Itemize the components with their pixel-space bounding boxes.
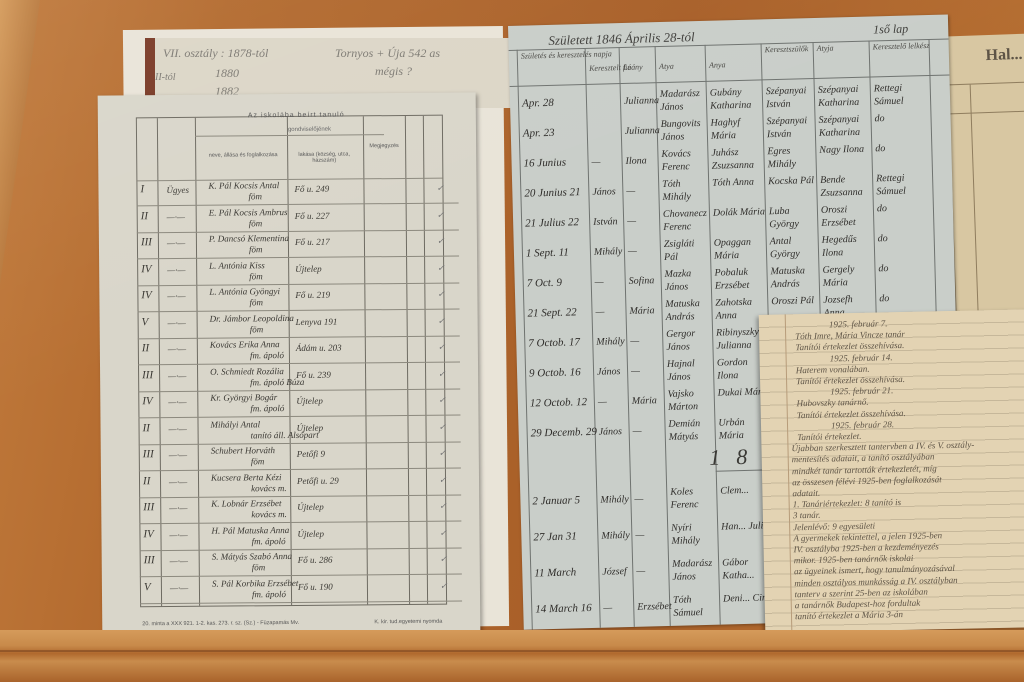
date: 12 Octob. 12 — [530, 396, 587, 410]
mother: Gubány Katharina — [710, 85, 763, 112]
header-mother: Anya — [709, 60, 726, 69]
boy-name: Mihály — [601, 529, 630, 543]
status: —·— — [169, 476, 207, 486]
check-mark: ✓ — [440, 580, 448, 591]
boy-name: — — [595, 306, 604, 319]
table-row: V—·—S. Pál Korbika Erzsébetfm. ápolóFő u… — [140, 574, 462, 603]
girl-name: — — [628, 245, 637, 258]
note-line: 1. Tanáriértekezlet: 8 tanító is — [793, 497, 902, 509]
priest: do — [879, 291, 935, 305]
girl-name: — — [636, 565, 645, 578]
pencil-note: II-tól — [155, 72, 176, 83]
note-line: 3 tanár. — [793, 510, 821, 521]
check-mark: ✓ — [439, 448, 447, 459]
father: Tóth Sámuel — [673, 593, 720, 620]
priest: do — [878, 231, 934, 245]
girl-name: Ilona — [625, 154, 646, 168]
date: 21 Sept. 22 — [527, 306, 577, 320]
boy-name: — — [598, 396, 607, 409]
father: Kovács Ferenc — [661, 147, 708, 174]
register-subtitle: gondviselőjének — [288, 127, 331, 133]
check-mark: ✓ — [439, 474, 447, 485]
header-godparents: Keresztszülők — [765, 44, 809, 54]
note-line: Tanítói értekezlet. — [797, 431, 861, 442]
date: Apr. 28 — [522, 97, 554, 111]
check-mark: ✓ — [438, 315, 446, 326]
header-remarks: Megjegyzés — [364, 143, 404, 149]
table-row: IV—·—L. Antónia GyöngyifömFő u. 219✓ — [137, 283, 459, 312]
mother: Tóth Anna — [712, 175, 764, 189]
date: 14 March 16 — [535, 602, 592, 616]
note-line: Tanítói értekezlet összehívása. — [797, 408, 906, 420]
address: Újtelep — [297, 422, 397, 433]
godparent: Szépanyai István — [766, 84, 815, 111]
header-girl: Leány — [623, 62, 643, 72]
address: Fő u. 219 — [295, 289, 395, 300]
boy-name: János — [598, 425, 622, 439]
status: —·— — [167, 291, 205, 301]
address: Fő u. 217 — [295, 236, 395, 247]
godparent: Szépanyai István — [766, 114, 815, 141]
address: Ádám u. 203 — [296, 342, 396, 353]
father: Madarász János — [672, 557, 719, 584]
date: 2 Januar 5 — [532, 494, 580, 508]
godparent: Kocska Pál — [768, 174, 816, 188]
check-mark: ✓ — [438, 342, 446, 353]
priest: do — [878, 261, 934, 275]
status: —·— — [169, 423, 207, 433]
girl-name: — — [631, 365, 640, 378]
date: 29 Decemb. 29 — [531, 426, 598, 441]
address: Petőfi u. 29 — [297, 475, 397, 486]
girl-name: Sofina — [629, 274, 655, 288]
date: 9 Octob. 16 — [529, 366, 581, 380]
father: Gergor János — [666, 327, 713, 354]
godparent-2: Nagy Ilona — [819, 143, 871, 157]
godparent-2: Bende Zsuzsanna — [820, 173, 873, 200]
class-number: III — [141, 236, 161, 248]
father: Demián Mátyás — [668, 417, 715, 444]
address: Fő u. 227 — [295, 210, 395, 221]
note-line: minden osztályos munkásság a IV. osztály… — [794, 574, 958, 587]
address: Fő u. 190 — [298, 581, 398, 592]
date: 21 Julius 22 — [525, 216, 579, 230]
priest: do — [874, 111, 930, 125]
class-number: III — [143, 448, 163, 460]
pencil-note: mégis ? — [375, 64, 412, 79]
godparent-2: Gergely Mária — [822, 262, 875, 289]
check-mark: ✓ — [439, 527, 447, 538]
pencil-note: 1880 — [215, 66, 239, 81]
status: —·— — [170, 582, 208, 592]
status: —·— — [168, 317, 206, 327]
date: 20 Junius 21 — [524, 186, 581, 200]
table-row: II—·—E. Pál Kocsis AmbrusfömFő u. 227✓ — [137, 203, 459, 232]
pencil-note: VII. osztály : 1878-tól — [163, 46, 268, 61]
register-title: Az iskolába beírt tanuló — [248, 112, 345, 120]
check-mark: ✓ — [437, 236, 445, 247]
table-row: IÜgyesK. Pál Kocsis AntalfömFő u. 249✓ — [136, 177, 458, 206]
priest: do — [875, 141, 931, 155]
note-line: 1925. február 21. — [830, 385, 893, 396]
boy-name: — — [595, 276, 604, 289]
status: Ügyes — [166, 185, 204, 195]
address: Fő u. 239 — [296, 369, 396, 380]
girl-name: — — [630, 335, 639, 348]
class-number: II — [141, 210, 161, 222]
date: 7 Oct. 9 — [527, 277, 562, 291]
class-number: IV — [142, 395, 162, 407]
father: Nyíri Mihály — [671, 521, 718, 548]
mother: Pobaluk Erzsébet — [714, 265, 767, 292]
priest: Rettegi Sámuel — [876, 171, 933, 198]
class-number: IV — [141, 289, 161, 301]
girl-name: — — [632, 425, 641, 438]
check-mark: ✓ — [438, 368, 446, 379]
boy-name: István — [593, 215, 618, 229]
date: 1 Sept. 11 — [526, 246, 569, 260]
note-line: az összesen félévi 1925-ben foglalkozásá… — [792, 474, 942, 487]
note-line: Tanítói értekezlet összehívása. — [796, 374, 905, 386]
class-number: III — [144, 554, 164, 566]
header-address: lakása (község, utca, házszám) — [288, 151, 360, 164]
boy-name: János — [597, 365, 621, 379]
status: —·— — [168, 344, 206, 354]
address: Fő u. 286 — [298, 554, 398, 565]
boy-name: — — [591, 156, 600, 169]
table-row: III—·—O. Schmiedt Rozáliafm. ápoló BúzaF… — [138, 362, 460, 391]
father: Bungovits János — [660, 117, 707, 144]
address: Lenyva 191 — [296, 316, 396, 327]
mother: Dolák Mária — [713, 205, 765, 219]
status: —·— — [169, 529, 207, 539]
address: Petőfi 9 — [297, 448, 397, 459]
father: Matuska András — [665, 297, 712, 324]
address: Újtelep — [296, 395, 396, 406]
boy-name: Mihály — [596, 335, 625, 349]
check-mark: ✓ — [439, 501, 447, 512]
girl-name: Julianna — [625, 124, 660, 138]
header-priest: Keresztelő lelkész — [873, 41, 930, 51]
header-godparent-father: Atyja — [817, 43, 834, 52]
godparent: Oroszi Pál — [771, 294, 819, 308]
status: —·— — [168, 370, 206, 380]
table-row: III—·—Schubert HorváthfömPetőfi 9✓ — [139, 442, 461, 471]
boy-name: Mihály — [600, 493, 629, 507]
status: —·— — [167, 211, 205, 221]
table-row: III—·—S. Mátyás Szabó AnnafömFő u. 286✓ — [140, 548, 462, 577]
girl-name: Mária — [629, 304, 654, 318]
father: Vajsko Márton — [668, 387, 715, 414]
pencil-note: Tornyos + Úja 542 as — [335, 46, 440, 61]
status: —·— — [169, 450, 207, 460]
class-number: IV — [141, 263, 161, 275]
godparent-2: Szépanyai Katharina — [818, 83, 871, 110]
class-number: II — [143, 475, 163, 487]
header-father: Atya — [659, 62, 674, 71]
note-line: Haterem vonalában. — [796, 363, 870, 375]
note-line: tanító értekezlet a Mária 3-án — [795, 609, 903, 621]
printed-heading: Hal... — [985, 46, 1022, 65]
boy-name: József — [602, 565, 627, 579]
status: —·— — [170, 556, 208, 566]
table-row: III—·—K. Lobnár Erzsébetkovács m.Újtelep… — [139, 495, 461, 524]
status: —·— — [169, 503, 207, 513]
boy-name: Mihály — [594, 245, 623, 259]
address: Újtelep — [295, 263, 395, 274]
register-footer: 20. minta a XXX 921. 1-2. kas. 273. r. s… — [142, 619, 442, 628]
header-name: neve, állása és foglalkozása — [200, 152, 286, 159]
table-row: III—·—P. Dancsó KlementinafömFő u. 217✓ — [137, 230, 459, 259]
note-line: 1925. február 7. — [829, 318, 888, 329]
girl-name: — — [627, 215, 636, 228]
class-number: I — [140, 183, 160, 195]
godparent: Matuska András — [770, 264, 819, 291]
handwritten-note-sheet: 1925. február 7.Tóth Imre, Mária Vincze … — [759, 309, 1024, 633]
father: Hajnal János — [667, 357, 714, 384]
father: Tóth Mihály — [662, 177, 709, 204]
godparent-2: Oroszi Erzsébet — [821, 203, 874, 230]
girl-name: — — [634, 493, 643, 506]
girl-name: Mária — [632, 394, 657, 408]
class-number: V — [144, 581, 164, 593]
status: —·— — [167, 264, 205, 274]
note-line: IV. osztályba 1925-ben a kezdeményezés — [794, 541, 939, 554]
check-mark: ✓ — [437, 209, 445, 220]
mother: Opaggan Mária — [714, 235, 767, 262]
table-row: 1 Sept. 11Mihály—Zsigláti PálOpaggan Már… — [514, 228, 954, 240]
note-line: 1925. február 28. — [831, 419, 894, 430]
date: 16 Junius — [523, 157, 566, 171]
class-number: IV — [143, 528, 163, 540]
date: 7 Octob. 17 — [528, 336, 580, 350]
father: Madarász János — [660, 87, 707, 114]
note-line: adatait. — [792, 488, 820, 499]
note-line: Tóth Imre, Mária Vincze tanár — [795, 329, 905, 341]
table-row: 21 Julius 22István—Chovanecz FerencDolák… — [513, 198, 953, 210]
godparent: Luba György — [769, 204, 818, 231]
date: 27 Jan 31 — [533, 530, 577, 544]
godparent: Egres Mihály — [767, 144, 816, 171]
class-number: II — [142, 422, 162, 434]
girl-name: Julianna — [624, 94, 659, 108]
address: Újtelep — [297, 528, 397, 539]
priest: Rettegi Sámuel — [874, 81, 931, 108]
page-label: 1ső lap — [873, 22, 908, 38]
priest: do — [877, 201, 933, 215]
status: —·— — [167, 238, 205, 248]
check-mark: ✓ — [437, 289, 445, 300]
class-number: V — [142, 316, 162, 328]
class-number: II — [142, 342, 162, 354]
mother: Juhász Zsuzsanna — [711, 145, 764, 172]
display-case-frame — [0, 630, 1024, 682]
table-row: II—·—Kovács Erika Annafm. ápolóÁdám u. 2… — [138, 336, 460, 365]
check-mark: ✓ — [440, 554, 448, 565]
boy-name: — — [603, 601, 612, 614]
check-mark: ✓ — [437, 262, 445, 273]
table-row: II—·—Mihályi Antaltanító áll. AlsópartÚj… — [138, 415, 460, 444]
father: Zsigláti Pál — [664, 237, 711, 264]
table-row: IV—·—H. Pál Matuska Annafm. ápolóÚjtelep… — [139, 521, 461, 550]
header-date: Születés és keresztelés napja — [521, 49, 612, 60]
table-row: II—·—Kucsera Berta Kézikovács m.Petőfi u… — [139, 468, 461, 497]
date: Apr. 23 — [523, 127, 555, 141]
father: Chovanecz Ferenc — [663, 207, 710, 234]
check-mark: ✓ — [439, 421, 447, 432]
table-row: IV—·—L. Antónia KissfömÚjtelep✓ — [137, 256, 459, 285]
girl-name: — — [635, 529, 644, 542]
check-mark: ✓ — [438, 395, 446, 406]
footer-left: 20. minta a XXX 921. 1-2. kas. 273. r. s… — [142, 620, 299, 627]
note-line: 1925. február 14. — [830, 352, 893, 363]
class-number: III — [143, 501, 163, 513]
godparent-2: Hegedűs Ilona — [822, 233, 875, 260]
note-line: Tanítói értekezlet összehívása. — [795, 340, 904, 352]
note-line: Hubovszky tanárnő. — [796, 397, 868, 409]
godparent-2: Szépanyai Katharina — [818, 113, 871, 140]
date: 11 March — [534, 566, 576, 580]
mother: Haghyf Mária — [710, 115, 763, 142]
godparent: Antal György — [770, 234, 819, 261]
father: Koles Ferenc — [670, 485, 717, 512]
address: Újtelep — [297, 501, 397, 512]
girl-name: Erzsébet — [637, 600, 672, 614]
address: Fő u. 249 — [294, 183, 394, 194]
boy-name: János — [592, 185, 616, 199]
table-row: IV—·—Kr. Györgyi Bogárfm. ápolóÚjtelep✓ — [138, 389, 460, 418]
table-row: V—·—Dr. Jámbor LeopoldinafömLenyva 191✓ — [138, 309, 460, 338]
status: —·— — [168, 397, 206, 407]
class-number: III — [142, 369, 162, 381]
check-mark: ✓ — [436, 183, 444, 194]
girl-name: — — [626, 185, 635, 198]
note-line: Jelenlévő: 9 egyesületi — [793, 520, 875, 532]
father: Mazka János — [664, 267, 711, 294]
frame-groove — [0, 650, 1024, 652]
footer-right: K. kir. tud.egyetemi nyomda — [374, 619, 442, 626]
left-school-register: Az iskolába beírt tanuló gondviselőjének… — [98, 92, 481, 635]
